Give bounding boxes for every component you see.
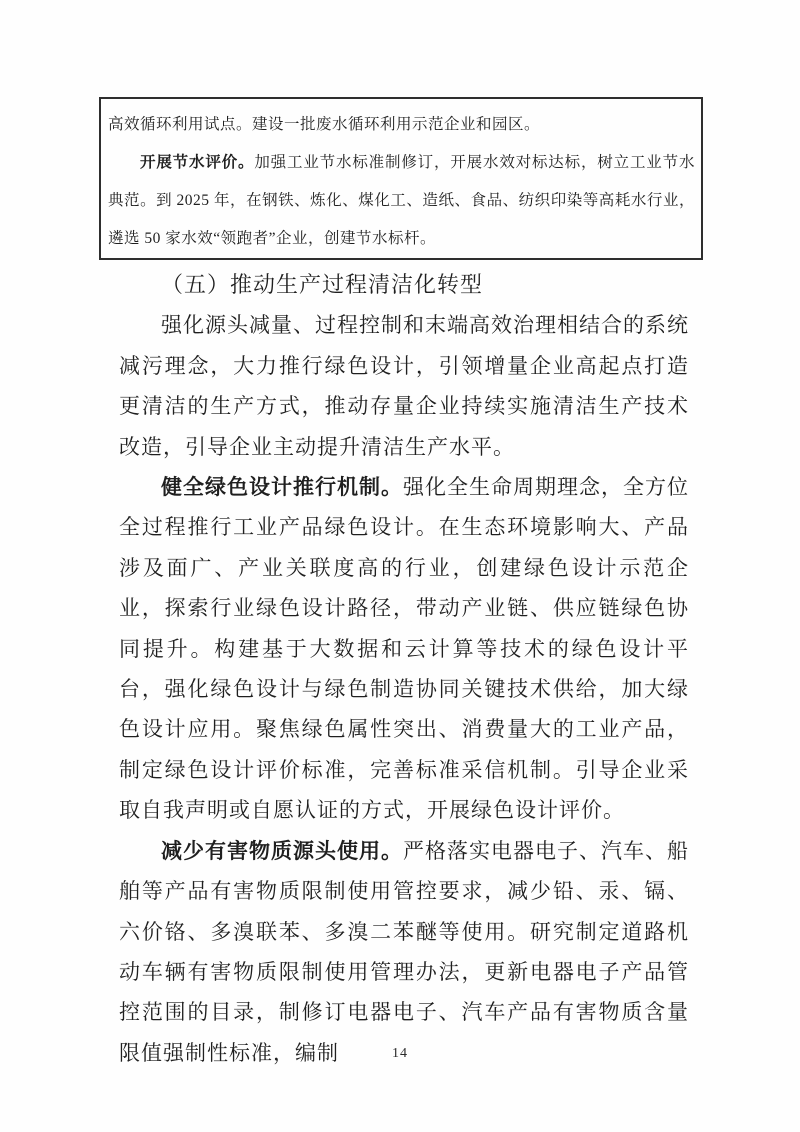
paragraph-hazardous-substances-bold-lead: 减少有害物质源头使用。: [161, 839, 403, 863]
paragraph-overview: 强化源头减量、过程控制和末端高效治理相结合的系统减污理念，大力推行绿色设计，引领…: [119, 305, 689, 467]
document-page: 高效循环利用试点。建设一批废水循环利用示范企业和园区。 开展节水评价。加强工业节…: [0, 0, 800, 1132]
paragraph-green-design-text: 强化全生命周期理念，全方位全过程推行工业产品绿色设计。在生态环境影响大、产品涉及…: [119, 475, 689, 822]
box-water-evaluation-paragraph: 开展节水评价。加强工业节水标准制修订，开展水效对标达标，树立工业节水典范。到 2…: [108, 144, 695, 258]
paragraph-overview-text: 强化源头减量、过程控制和末端高效治理相结合的系统减污理念，大力推行绿色设计，引领…: [119, 313, 689, 458]
paragraph-green-design-bold-lead: 健全绿色设计推行机制。: [161, 475, 403, 499]
callout-box: 高效循环利用试点。建设一批废水循环利用示范企业和园区。 开展节水评价。加强工业节…: [99, 97, 703, 260]
main-content: （五）推动生产过程清洁化转型 强化源头减量、过程控制和末端高效治理相结合的系统减…: [119, 265, 689, 1073]
paragraph-hazardous-substances: 减少有害物质源头使用。严格落实电器电子、汽车、船舶等产品有害物质限制使用管控要求…: [119, 831, 689, 1073]
section-heading: （五）推动生产过程清洁化转型: [119, 265, 689, 305]
box-continuation-text: 高效循环利用试点。建设一批废水循环利用示范企业和园区。: [108, 116, 540, 133]
box-continuation-paragraph: 高效循环利用试点。建设一批废水循环利用示范企业和园区。: [108, 106, 695, 144]
box-paragraph-bold-lead: 开展节水评价。: [140, 154, 254, 171]
page-number: 14: [0, 1046, 800, 1062]
paragraph-green-design: 健全绿色设计推行机制。强化全生命周期理念，全方位全过程推行工业产品绿色设计。在生…: [119, 467, 689, 831]
paragraph-hazardous-substances-text: 严格落实电器电子、汽车、船舶等产品有害物质限制使用管控要求，减少铅、汞、镉、六价…: [119, 839, 689, 1065]
